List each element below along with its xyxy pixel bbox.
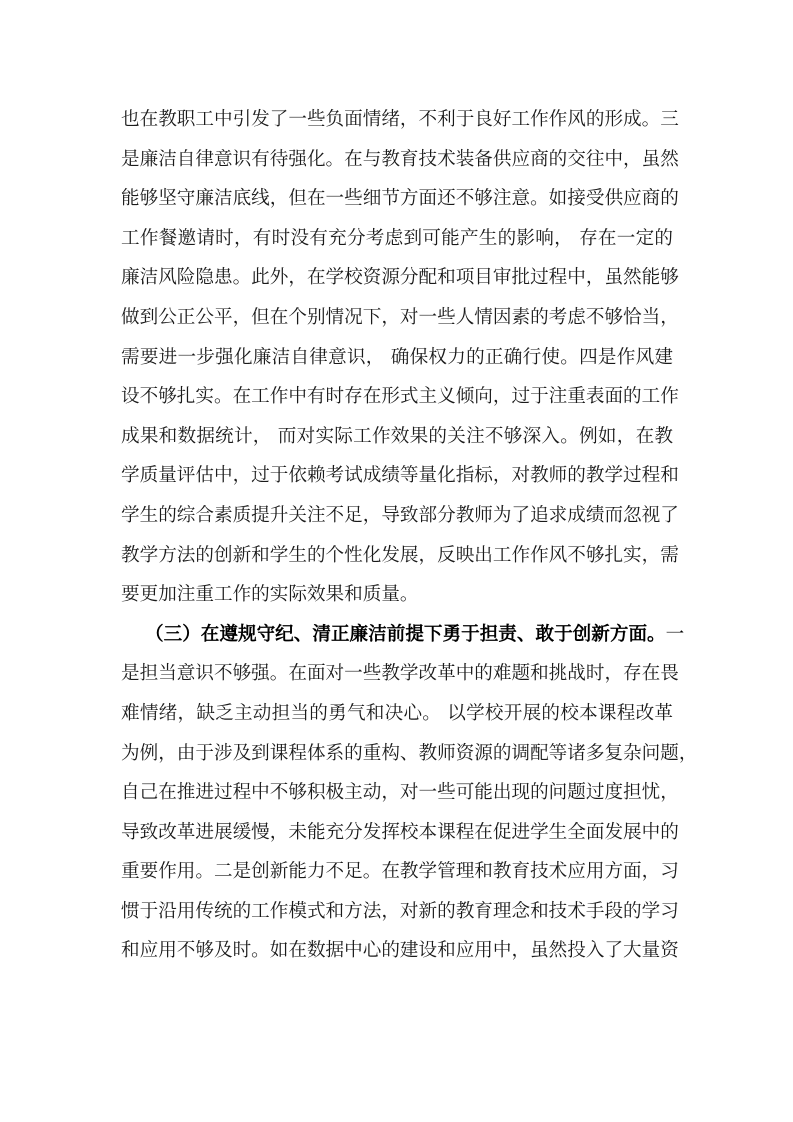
section-heading-line: （三）在遵规守纪、清正廉洁前提下勇于担责、敢于创新方面。一 xyxy=(121,621,673,661)
text-line: 学质量评估中，过于依赖考试成绩等量化指标，对教师的教学过程和 xyxy=(121,462,673,502)
text-line: 做到公正公平，但在个别情况下，对一些人情因素的考虑不够恰当， xyxy=(121,304,673,344)
document-page: 也在教职工中引发了一些负面情绪，不利于良好工作作风的形成。三 是廉洁自律意识有待… xyxy=(0,0,793,1122)
text-line: 成果和数据统计， 而对实际工作效果的关注不够深入。例如，在教 xyxy=(121,423,673,463)
text-line: 是担当意识不够强。在面对一些教学改革中的难题和挑战时，存在畏 xyxy=(121,660,673,700)
text-line: 能够坚守廉洁底线，但在一些细节方面还不够注意。如接受供应商的 xyxy=(121,185,673,225)
text-line: 自己在推进过程中不够积极主动，对一些可能出现的问题过度担忧， xyxy=(121,779,673,819)
text-line: 导致改革进展缓慢，未能充分发挥校本课程在促进学生全面发展中的 xyxy=(121,819,673,859)
text-line: 需要进一步强化廉洁自律意识， 确保权力的正确行使。四是作风建 xyxy=(121,344,673,384)
text-line: 教学方法的创新和学生的个性化发展，反映出工作作风不够扎实，需 xyxy=(121,542,673,582)
document-body: 也在教职工中引发了一些负面情绪，不利于良好工作作风的形成。三 是廉洁自律意识有待… xyxy=(121,106,673,977)
text-line: 工作餐邀请时，有时没有充分考虑到可能产生的影响， 存在一定的 xyxy=(121,225,673,265)
section-heading: （三）在遵规守纪、清正廉洁前提下勇于担责、敢于创新方面。 xyxy=(145,624,666,645)
heading-tail-text: 一 xyxy=(666,624,685,645)
text-line: 学生的综合素质提升关注不足，导致部分教师为了追求成绩而忽视了 xyxy=(121,502,673,542)
text-line: 设不够扎实。在工作中有时存在形式主义倾向，过于注重表面的工作 xyxy=(121,383,673,423)
text-line: 惯于沿用传统的工作模式和方法，对新的教育理念和技术手段的学习 xyxy=(121,898,673,938)
text-line: 和应用不够及时。如在数据中心的建设和应用中，虽然投入了大量资 xyxy=(121,937,673,977)
paragraph-end-line: 要更加注重工作的实际效果和质量。 xyxy=(121,581,673,621)
text-line: 难情绪，缺乏主动担当的勇气和决心。 以学校开展的校本课程改革 xyxy=(121,700,673,740)
text-line: 为例，由于涉及到课程体系的重构、教师资源的调配等诸多复杂问题， xyxy=(121,740,673,780)
text-line: 是廉洁自律意识有待强化。在与教育技术装备供应商的交往中，虽然 xyxy=(121,146,673,186)
text-line: 廉洁风险隐患。此外，在学校资源分配和项目审批过程中，虽然能够 xyxy=(121,264,673,304)
text-line: 也在教职工中引发了一些负面情绪，不利于良好工作作风的形成。三 xyxy=(121,106,673,146)
text-line: 重要作用。二是创新能力不足。在教学管理和教育技术应用方面，习 xyxy=(121,858,673,898)
